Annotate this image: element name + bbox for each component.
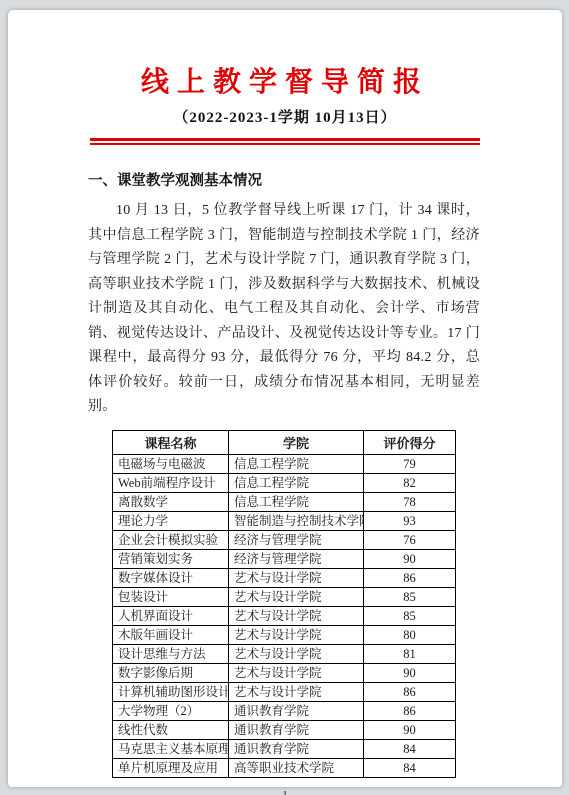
- table-row: 数字媒体设计艺术与设计学院86: [113, 568, 456, 587]
- score-cell: 82: [364, 473, 456, 492]
- table-row: 大学物理（2）通识教育学院86: [113, 701, 456, 720]
- score-cell: 93: [364, 511, 456, 530]
- title-divider-rule: [90, 138, 480, 145]
- college-cell: 艺术与设计学院: [229, 625, 364, 644]
- course-name-cell: 木版年画设计: [113, 625, 229, 644]
- score-cell: 79: [364, 454, 456, 473]
- table-row: 人机界面设计艺术与设计学院85: [113, 606, 456, 625]
- table-row: 理论力学智能制造与控制技术学院93: [113, 511, 456, 530]
- table-row: 数字影像后期艺术与设计学院90: [113, 663, 456, 682]
- table-row: 木版年画设计艺术与设计学院80: [113, 625, 456, 644]
- college-cell: 艺术与设计学院: [229, 663, 364, 682]
- college-cell: 通识教育学院: [229, 701, 364, 720]
- table-row: 计算机辅助图形设计艺术与设计学院86: [113, 682, 456, 701]
- score-cell: 84: [364, 739, 456, 758]
- course-score-table: 课程名称 学院 评价得分 电磁场与电磁波信息工程学院79Web前端程序设计信息工…: [112, 430, 456, 778]
- college-cell: 通识教育学院: [229, 720, 364, 739]
- course-name-cell: 人机界面设计: [113, 606, 229, 625]
- college-cell: 经济与管理学院: [229, 549, 364, 568]
- course-name-cell: 数字媒体设计: [113, 568, 229, 587]
- page-number: 1: [8, 789, 562, 795]
- course-name-cell: 电磁场与电磁波: [113, 454, 229, 473]
- document-viewer: 线上教学督导简报 （2022-2023-1学期 10月13日） 一、课堂教学观测…: [0, 0, 569, 795]
- score-cell: 81: [364, 644, 456, 663]
- college-cell: 艺术与设计学院: [229, 644, 364, 663]
- score-cell: 86: [364, 682, 456, 701]
- course-name-cell: 离散数学: [113, 492, 229, 511]
- course-name-cell: 马克思主义基本原理概论: [113, 739, 229, 758]
- table-row: 企业会计模拟实验经济与管理学院76: [113, 530, 456, 549]
- section-heading: 一、课堂教学观测基本情况: [88, 172, 480, 190]
- college-cell: 艺术与设计学院: [229, 587, 364, 606]
- course-name-cell: 数字影像后期: [113, 663, 229, 682]
- college-cell: 通识教育学院: [229, 739, 364, 758]
- college-cell: 高等职业技术学院: [229, 758, 364, 777]
- score-cell: 86: [364, 701, 456, 720]
- table-row: 电磁场与电磁波信息工程学院79: [113, 454, 456, 473]
- score-cell: 85: [364, 587, 456, 606]
- course-name-cell: 计算机辅助图形设计: [113, 682, 229, 701]
- college-cell: 信息工程学院: [229, 454, 364, 473]
- table-row: 离散数学信息工程学院78: [113, 492, 456, 511]
- score-cell: 90: [364, 663, 456, 682]
- col-header-course-name: 课程名称: [113, 430, 229, 454]
- college-cell: 艺术与设计学院: [229, 606, 364, 625]
- course-name-cell: Web前端程序设计: [113, 473, 229, 492]
- score-cell: 85: [364, 606, 456, 625]
- college-cell: 艺术与设计学院: [229, 568, 364, 587]
- college-cell: 信息工程学院: [229, 473, 364, 492]
- college-cell: 艺术与设计学院: [229, 682, 364, 701]
- score-cell: 76: [364, 530, 456, 549]
- doc-body: 一、课堂教学观测基本情况 10 月 13 日，5 位教学督导线上听课 17 门，…: [8, 172, 562, 778]
- college-cell: 信息工程学院: [229, 492, 364, 511]
- table-row: 包装设计艺术与设计学院85: [113, 587, 456, 606]
- course-name-cell: 线性代数: [113, 720, 229, 739]
- table-body: 电磁场与电磁波信息工程学院79Web前端程序设计信息工程学院82离散数学信息工程…: [113, 454, 456, 777]
- course-name-cell: 企业会计模拟实验: [113, 530, 229, 549]
- doc-title: 线上教学督导简报: [8, 10, 562, 100]
- table-row: 单片机原理及应用高等职业技术学院84: [113, 758, 456, 777]
- course-name-cell: 大学物理（2）: [113, 701, 229, 720]
- document-page: 线上教学督导简报 （2022-2023-1学期 10月13日） 一、课堂教学观测…: [8, 10, 562, 787]
- score-cell: 90: [364, 549, 456, 568]
- course-name-cell: 设计思维与方法: [113, 644, 229, 663]
- score-cell: 86: [364, 568, 456, 587]
- table-row: 设计思维与方法艺术与设计学院81: [113, 644, 456, 663]
- table-row: Web前端程序设计信息工程学院82: [113, 473, 456, 492]
- score-cell: 84: [364, 758, 456, 777]
- score-cell: 90: [364, 720, 456, 739]
- course-name-cell: 单片机原理及应用: [113, 758, 229, 777]
- doc-subtitle: （2022-2023-1学期 10月13日）: [8, 109, 562, 127]
- score-cell: 78: [364, 492, 456, 511]
- college-cell: 经济与管理学院: [229, 530, 364, 549]
- col-header-score: 评价得分: [364, 430, 456, 454]
- college-cell: 智能制造与控制技术学院: [229, 511, 364, 530]
- table-row: 营销策划实务经济与管理学院90: [113, 549, 456, 568]
- table-row: 马克思主义基本原理概论通识教育学院84: [113, 739, 456, 758]
- table-row: 线性代数通识教育学院90: [113, 720, 456, 739]
- score-cell: 80: [364, 625, 456, 644]
- body-paragraph: 10 月 13 日，5 位教学督导线上听课 17 门，计 34 课时，其中信息工…: [88, 199, 480, 420]
- course-name-cell: 营销策划实务: [113, 549, 229, 568]
- course-name-cell: 理论力学: [113, 511, 229, 530]
- table-header-row: 课程名称 学院 评价得分: [113, 430, 456, 454]
- col-header-college: 学院: [229, 430, 364, 454]
- course-name-cell: 包装设计: [113, 587, 229, 606]
